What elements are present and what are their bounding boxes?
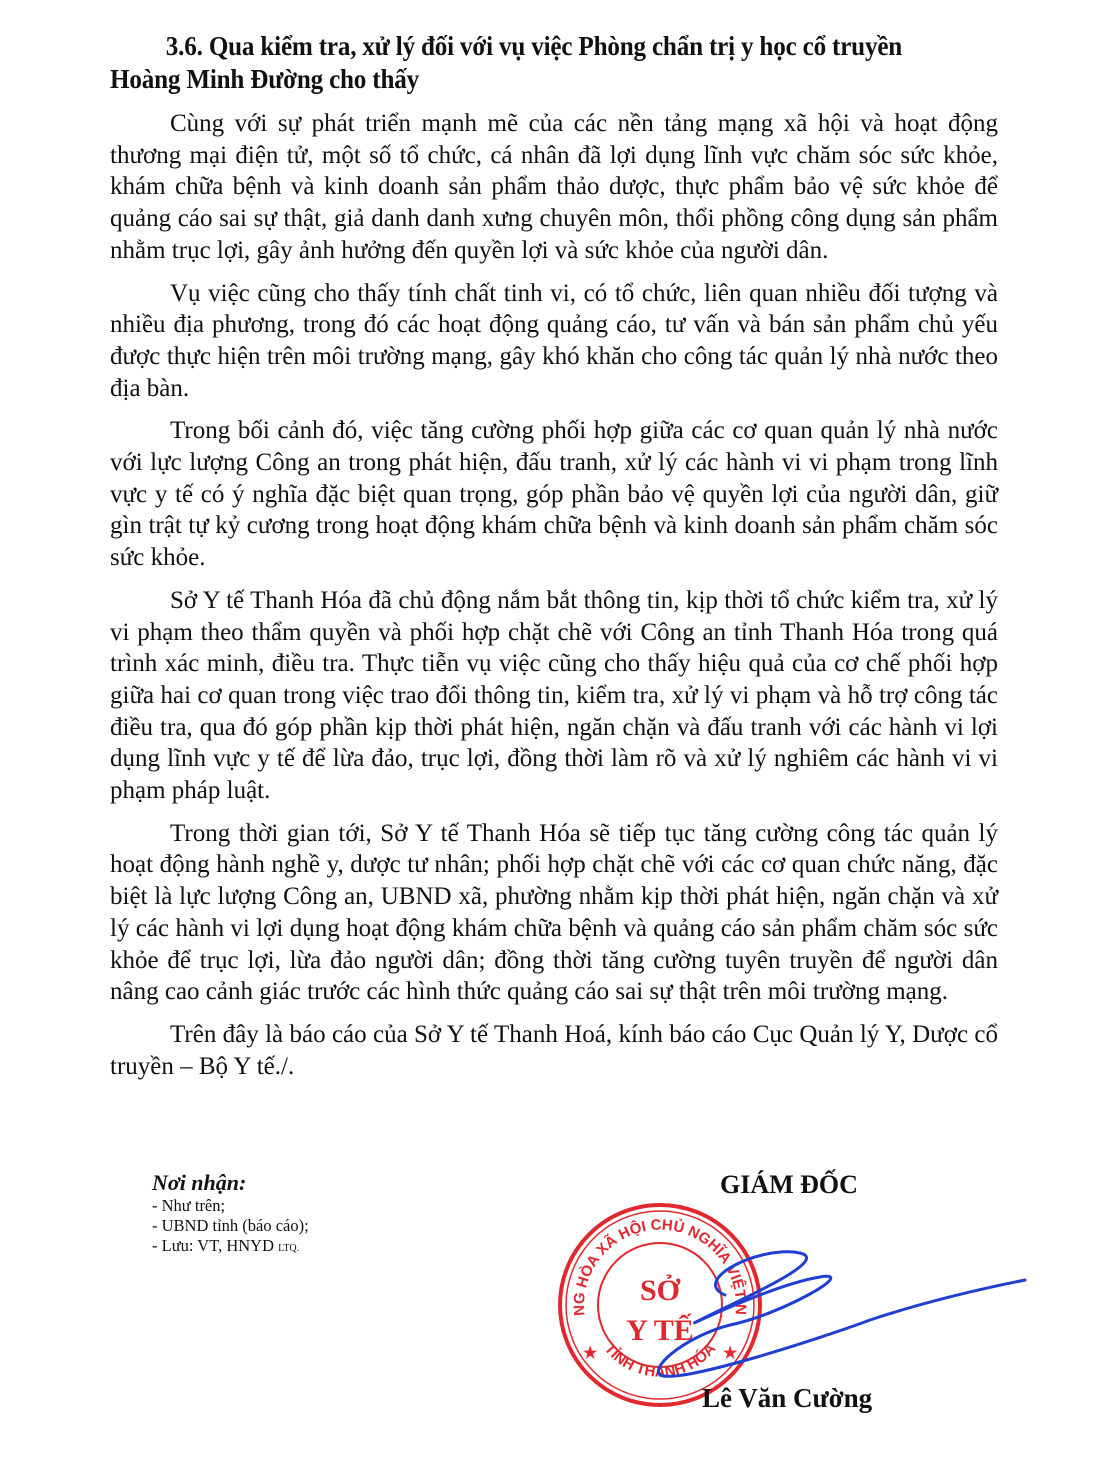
recipient-item: - Như trên;: [152, 1196, 309, 1216]
recipient-item: - UBND tỉnh (báo cáo);: [152, 1216, 309, 1236]
recipients-title: Nơi nhận:: [152, 1170, 309, 1196]
recipient-item: - Lưu: VT, HNYD LTQ.: [152, 1236, 309, 1259]
signature-icon: [630, 1225, 1030, 1400]
section-heading: 3.6. Qua kiểm tra, xử lý đối với vụ việc…: [110, 30, 938, 96]
signer-name: Lê Văn Cường: [702, 1383, 872, 1414]
paragraph: Trong thời gian tới, Sở Y tế Thanh Hóa s…: [110, 818, 998, 1008]
paragraph: Vụ việc cũng cho thấy tính chất tinh vi,…: [110, 278, 998, 405]
paragraph: Cùng với sự phát triển mạnh mẽ của các n…: [110, 108, 998, 267]
paragraph: Trên đây là báo cáo của Sở Y tế Thanh Ho…: [110, 1019, 998, 1082]
recipients-block: Nơi nhận: - Như trên; - UBND tỉnh (báo c…: [152, 1170, 309, 1259]
svg-text:★: ★: [583, 1345, 598, 1362]
paragraph: Trong bối cảnh đó, việc tăng cường phối …: [110, 415, 998, 574]
document-body: Cùng với sự phát triển mạnh mẽ của các n…: [110, 108, 998, 1093]
paragraph: Sở Y tế Thanh Hóa đã chủ động nắm bắt th…: [110, 585, 998, 807]
document-page: 3.6. Qua kiểm tra, xử lý đối với vụ việc…: [0, 0, 1115, 1471]
drafter-initials: LTQ.: [278, 1243, 299, 1254]
signer-title: GIÁM ĐỐC: [720, 1170, 858, 1200]
